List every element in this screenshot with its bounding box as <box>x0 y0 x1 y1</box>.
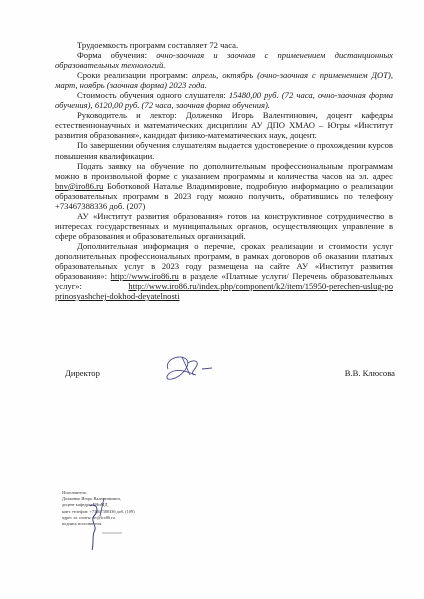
document-page: Трудоемкость программ составляет 72 часа… <box>0 0 424 599</box>
paragraph-schedule: Сроки реализации программ: апрель, октяб… <box>55 70 393 90</box>
signer-name: В.В. Клюсова <box>345 368 395 378</box>
executor-signature-icon <box>82 496 127 556</box>
paragraph-certificate: По завершении обучения слушателям выдает… <box>55 140 393 160</box>
signature-block: Директор В.В. Клюсова <box>65 365 395 385</box>
paragraph-lecturer: Руководитель и лектор: Долженко Игорь Ва… <box>55 110 393 140</box>
email-link[interactable]: bnv@iro86.ru <box>55 181 103 191</box>
signer-title: Директор <box>65 368 100 378</box>
paragraph-cooperation: АУ «Институт развития образования» готов… <box>55 211 393 241</box>
paragraph-workload: Трудоемкость программ составляет 72 часа… <box>55 40 393 50</box>
lecturer-text: Руководитель и лектор: Долженко Игорь Ва… <box>55 110 393 140</box>
application-contact-text: Бобот­ковой Наталье Владимировне, подроб… <box>55 181 393 211</box>
paragraph-application: Подать заявку на обучение по дополнитель… <box>55 161 393 211</box>
paragraph-cost: Стоимость обучения одного слушателя: 154… <box>55 90 393 110</box>
paragraph-study-form: Форма обучения: очно-заочная и заочная с… <box>55 50 393 70</box>
cost-label: Стоимость обучения одного слушателя: <box>77 90 229 100</box>
schedule-label: Сроки реализации программ: <box>77 70 192 80</box>
study-form-label: Форма обучения: <box>77 50 156 60</box>
cooperation-text: АУ «Институт развития образования» готов… <box>55 211 393 241</box>
site-link[interactable]: http://www.iro86.ru <box>111 271 179 281</box>
application-text: Подать заявку на обучение по дополнитель… <box>55 161 393 181</box>
document-body: Трудоемкость программ составляет 72 часа… <box>55 40 393 301</box>
certificate-text: По завершении обучения слушателям выдает… <box>55 140 393 160</box>
signature-icon <box>160 351 235 385</box>
workload-text: Трудоемкость программ составляет 72 часа… <box>77 40 238 50</box>
paragraph-additional-info: Дополнительная информация о перечне, сро… <box>55 241 393 301</box>
